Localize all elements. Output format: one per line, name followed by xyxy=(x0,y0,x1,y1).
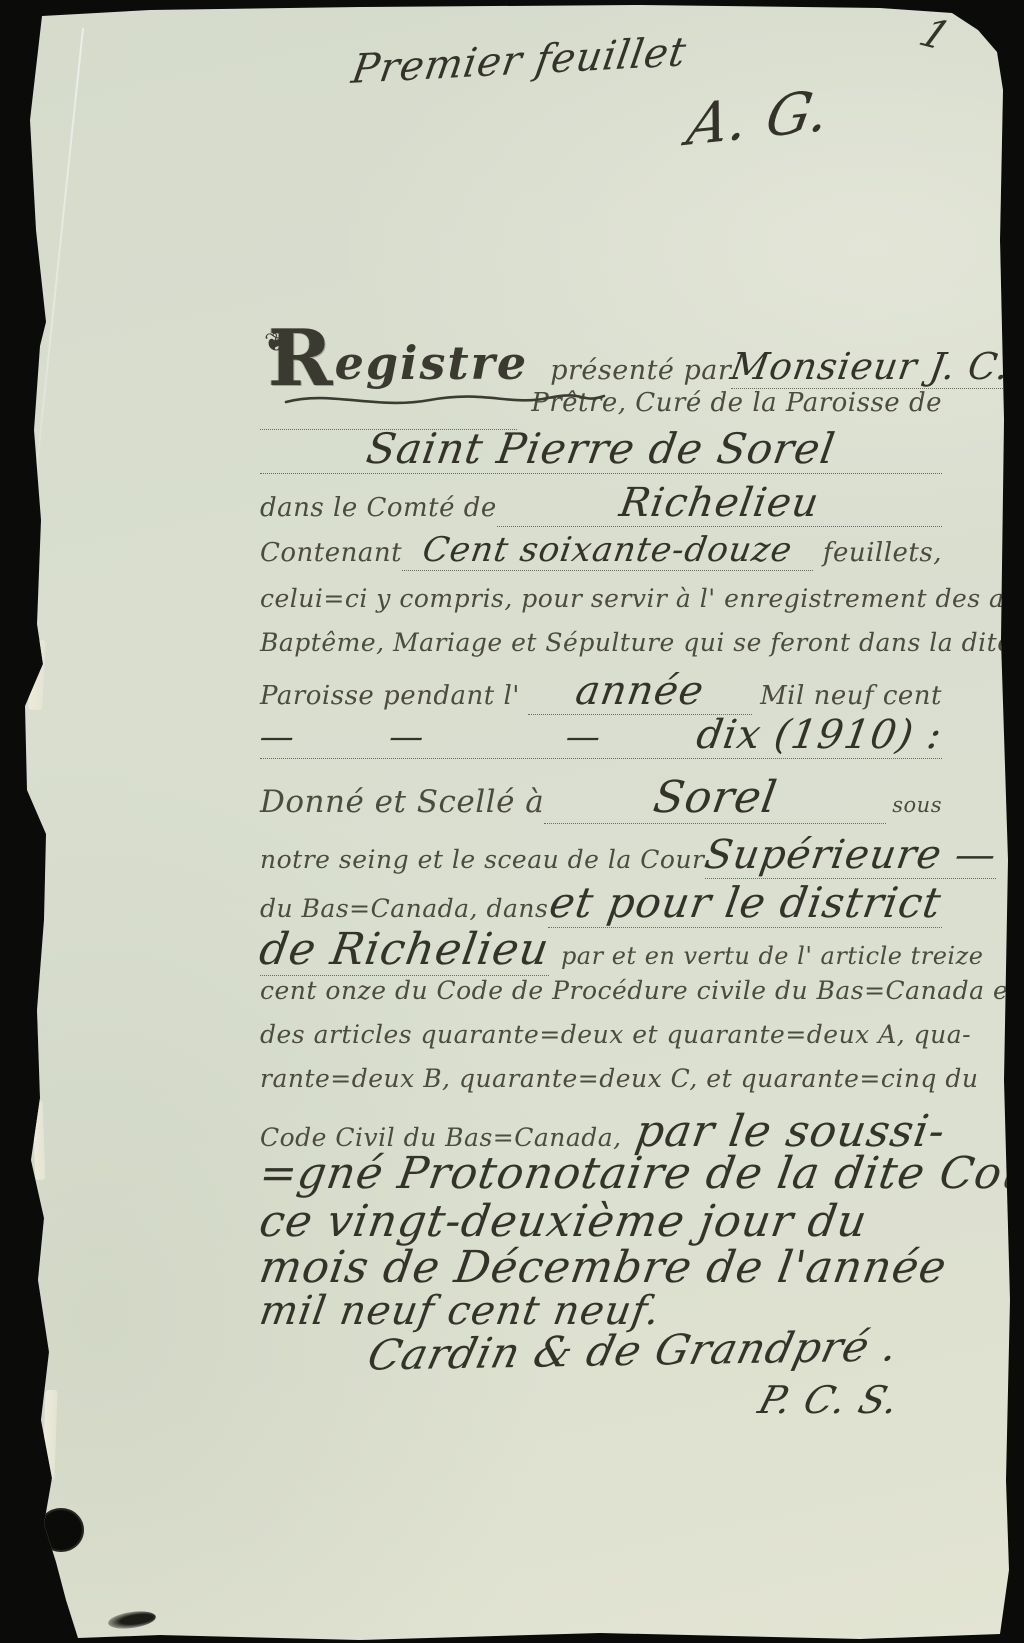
sealed-label: Donné et Scellé à xyxy=(260,784,544,820)
district-hand-1: et pour le district xyxy=(546,878,945,927)
page-number: 1 xyxy=(912,11,958,60)
punch-hole xyxy=(38,1508,84,1552)
article-line-1: cent onze du Code de Procédure civile du… xyxy=(260,976,1019,1005)
closing-hand-4: mois de Décembre de l'année xyxy=(256,1242,950,1293)
county-value: Richelieu xyxy=(616,480,822,526)
signature-title: P. C. S. xyxy=(754,1378,905,1422)
sealed-suffix: sous xyxy=(892,793,942,817)
folio-note: Premier feuillet xyxy=(349,29,690,93)
article-line-2: des articles quarante=deux et quarante=d… xyxy=(260,1020,971,1049)
year-value: année xyxy=(572,668,707,714)
document-page: Premier feuillet A. G. 1 ❦ R egistre pré… xyxy=(0,0,1024,1643)
district-hand-2: de Richelieu xyxy=(256,924,553,975)
district-label: du Bas=Canada, dans xyxy=(260,894,548,923)
register-title: egistre xyxy=(335,336,529,390)
containing-label: Contenant xyxy=(260,538,402,568)
containing-suffix: feuillets, xyxy=(823,538,942,568)
year-dashes: — — — xyxy=(257,717,604,757)
article-line-3: rante=deux B, quarante=deux C, et quaran… xyxy=(260,1064,978,1093)
clerk-initials: A. G. xyxy=(683,78,836,159)
presented-by-label: présenté par xyxy=(550,355,731,386)
pen-flourish-icon xyxy=(280,386,610,412)
sealed-place: Sorel xyxy=(650,772,781,823)
containing-value: Cent soixante-douze xyxy=(420,530,795,570)
body-line-1: celui=ci y compris, pour servir à l' enr… xyxy=(260,584,1024,613)
parish-value: Saint Pierre de Sorel xyxy=(363,424,839,473)
ornate-initial-R: R xyxy=(268,328,333,390)
signature: Cardin & de Grandpré . xyxy=(363,1321,904,1379)
article-suffix: par et en vertu de l' article treize xyxy=(561,942,984,970)
year-hand-value: dix (1910) : xyxy=(693,712,945,758)
ink-smudge xyxy=(107,1609,157,1632)
court-label: notre seing et le sceau de la Cour xyxy=(260,845,705,874)
presented-by-value: Monsieur J. C. Bernard xyxy=(728,345,1024,388)
closing-hand-2: =gné Protonotaire de la dite Cour, xyxy=(256,1148,1024,1199)
year-label-prefix: Paroisse pendant l' xyxy=(260,681,520,711)
closing-hand-3: ce vingt-deuxième jour du xyxy=(256,1196,871,1247)
county-label: dans le Comté de xyxy=(260,493,497,523)
body-line-2: Baptême, Mariage et Sépulture qui se fer… xyxy=(260,628,1013,657)
court-value: Supérieure — xyxy=(701,832,1000,878)
year-label-suffix: Mil neuf cent xyxy=(760,681,942,711)
